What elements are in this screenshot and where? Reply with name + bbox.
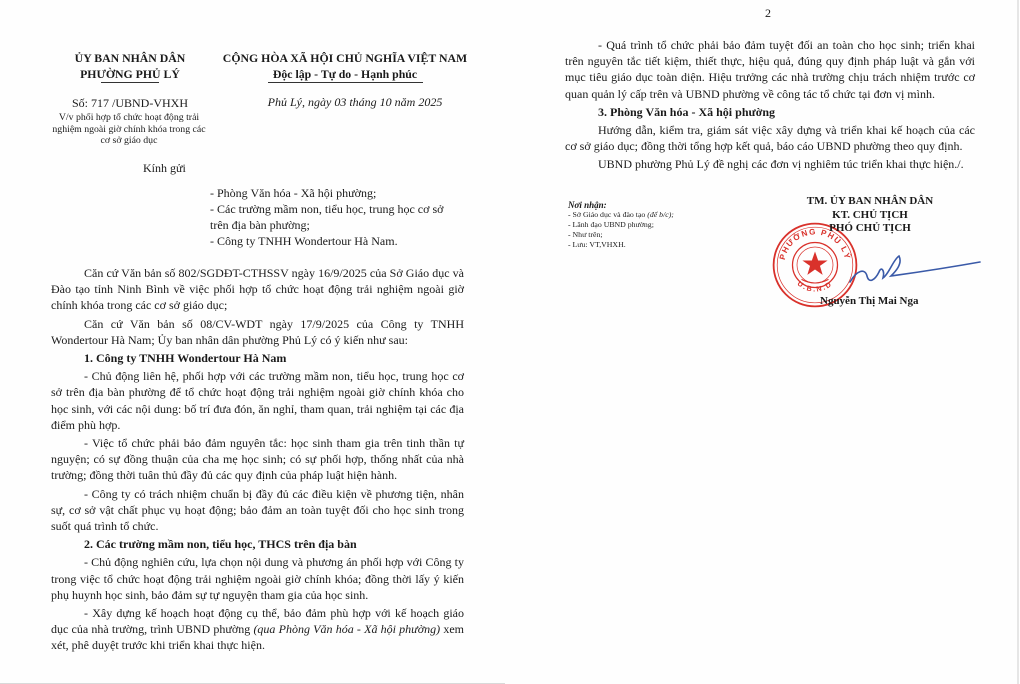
recipient-item: - Các trường mầm non, tiểu học, trung họ… bbox=[210, 201, 460, 233]
document-body-continued: - Quá trình tổ chức phải bảo đảm tuyệt đ… bbox=[565, 37, 975, 175]
body-paragraph: - Việc tổ chức phải bảo đảm nguyên tắc: … bbox=[51, 435, 464, 484]
distribution-item-text: - Lưu: VT,VHXH. bbox=[568, 240, 626, 249]
signature-title-1: TM. ỦY BAN NHÂN DÂN bbox=[785, 195, 955, 209]
header-underline bbox=[101, 82, 159, 83]
distribution-list: Nơi nhận: - Sở Giáo dục và đào tạo (để b… bbox=[568, 200, 758, 250]
document-subject: V/v phối hợp tổ chức hoạt động trải nghi… bbox=[48, 112, 210, 147]
body-paragraph: Hướng dẫn, kiểm tra, giám sát việc xây d… bbox=[565, 122, 975, 154]
distribution-item: - Sở Giáo dục và đào tạo (để b/c); bbox=[568, 210, 758, 220]
issuing-authority: ỦY BAN NHÂN DÂN PHƯỜNG PHỦ LÝ bbox=[55, 50, 205, 83]
body-paragraph: - Quá trình tổ chức phải bảo đảm tuyệt đ… bbox=[565, 37, 975, 102]
body-paragraph: UBND phường Phủ Lý đề nghị các đơn vị ng… bbox=[565, 156, 975, 172]
signature-title-3: PHÓ CHỦ TỊCH bbox=[785, 222, 955, 236]
recipient-item: - Phòng Văn hóa - Xã hội phường; bbox=[210, 185, 460, 201]
document-body: Căn cứ Văn bản số 802/SGDĐT-CTHSSV ngày … bbox=[51, 265, 464, 656]
signature-block: TM. ỦY BAN NHÂN DÂN KT. CHỦ TỊCH PHÓ CHỦ… bbox=[785, 195, 955, 236]
distribution-item: - Lưu: VT,VHXH. bbox=[568, 240, 758, 250]
distribution-item: - Như trên; bbox=[568, 230, 758, 240]
page-number: 2 bbox=[765, 6, 771, 21]
document-page-1: ỦY BAN NHÂN DÂN PHƯỜNG PHỦ LÝ CỘNG HÒA X… bbox=[0, 0, 510, 684]
body-paragraph: Căn cứ Văn bản số 802/SGDĐT-CTHSSV ngày … bbox=[51, 265, 464, 314]
section-heading: 3. Phòng Văn hóa - Xã hội phường bbox=[565, 104, 975, 120]
body-paragraph: Căn cứ Văn bản số 08/CV-WDT ngày 17/9/20… bbox=[51, 316, 464, 348]
distribution-item-text: - Sở Giáo dục và đào tạo bbox=[568, 210, 647, 219]
body-paragraph: - Chủ động liên hệ, phối hợp với các trư… bbox=[51, 368, 464, 433]
authority-line-2: PHƯỜNG PHỦ LÝ bbox=[55, 66, 205, 82]
greeting: Kính gửi bbox=[143, 161, 186, 176]
distribution-title: Nơi nhận: bbox=[568, 200, 758, 210]
body-paragraph: - Chủ động nghiên cứu, lựa chọn nội dung… bbox=[51, 554, 464, 603]
distribution-item: - Lãnh đạo UBND phường; bbox=[568, 220, 758, 230]
body-paragraph: - Xây dựng kế hoạch hoạt động cụ thể, bả… bbox=[51, 605, 464, 654]
distribution-items: - Sở Giáo dục và đào tạo (để b/c);- Lãnh… bbox=[568, 210, 758, 250]
signature-title-2: KT. CHỦ TỊCH bbox=[785, 209, 955, 223]
section-heading: 1. Công ty TNHH Wondertour Hà Nam bbox=[51, 350, 464, 366]
document-date: Phủ Lý, ngày 03 tháng 10 năm 2025 bbox=[255, 95, 455, 110]
section-heading: 2. Các trường mầm non, tiểu học, THCS tr… bbox=[51, 536, 464, 552]
signer-name: Nguyễn Thị Mai Nga bbox=[820, 295, 919, 307]
svg-text:U.B.N.D: U.B.N.D bbox=[796, 279, 835, 294]
recipient-item: - Công ty TNHH Wondertour Hà Nam. bbox=[210, 233, 460, 249]
body-paragraph: - Công ty có trách nhiệm chuẩn bị đầy đủ… bbox=[51, 486, 464, 535]
country-name: CỘNG HÒA XÃ HỘI CHỦ NGHĨA VIỆT NAM bbox=[210, 50, 480, 66]
paragraph-italic-note: (qua Phòng Văn hóa - Xã hội phường) bbox=[253, 622, 440, 636]
national-motto: CỘNG HÒA XÃ HỘI CHỦ NGHĨA VIỆT NAM Độc l… bbox=[210, 50, 480, 83]
handwritten-signature-icon bbox=[845, 250, 985, 290]
authority-line-1: ỦY BAN NHÂN DÂN bbox=[55, 50, 205, 66]
motto-underline bbox=[268, 82, 423, 83]
page-edge bbox=[1017, 0, 1019, 684]
recipients-list: - Phòng Văn hóa - Xã hội phường;- Các tr… bbox=[210, 185, 460, 249]
distribution-item-note: (để b/c); bbox=[647, 210, 674, 219]
distribution-item-text: - Như trên; bbox=[568, 230, 603, 239]
motto: Độc lập - Tự do - Hạnh phúc bbox=[210, 66, 480, 82]
document-number: Số: 717 /UBND-VHXH bbox=[50, 96, 210, 111]
distribution-item-text: - Lãnh đạo UBND phường; bbox=[568, 220, 654, 229]
